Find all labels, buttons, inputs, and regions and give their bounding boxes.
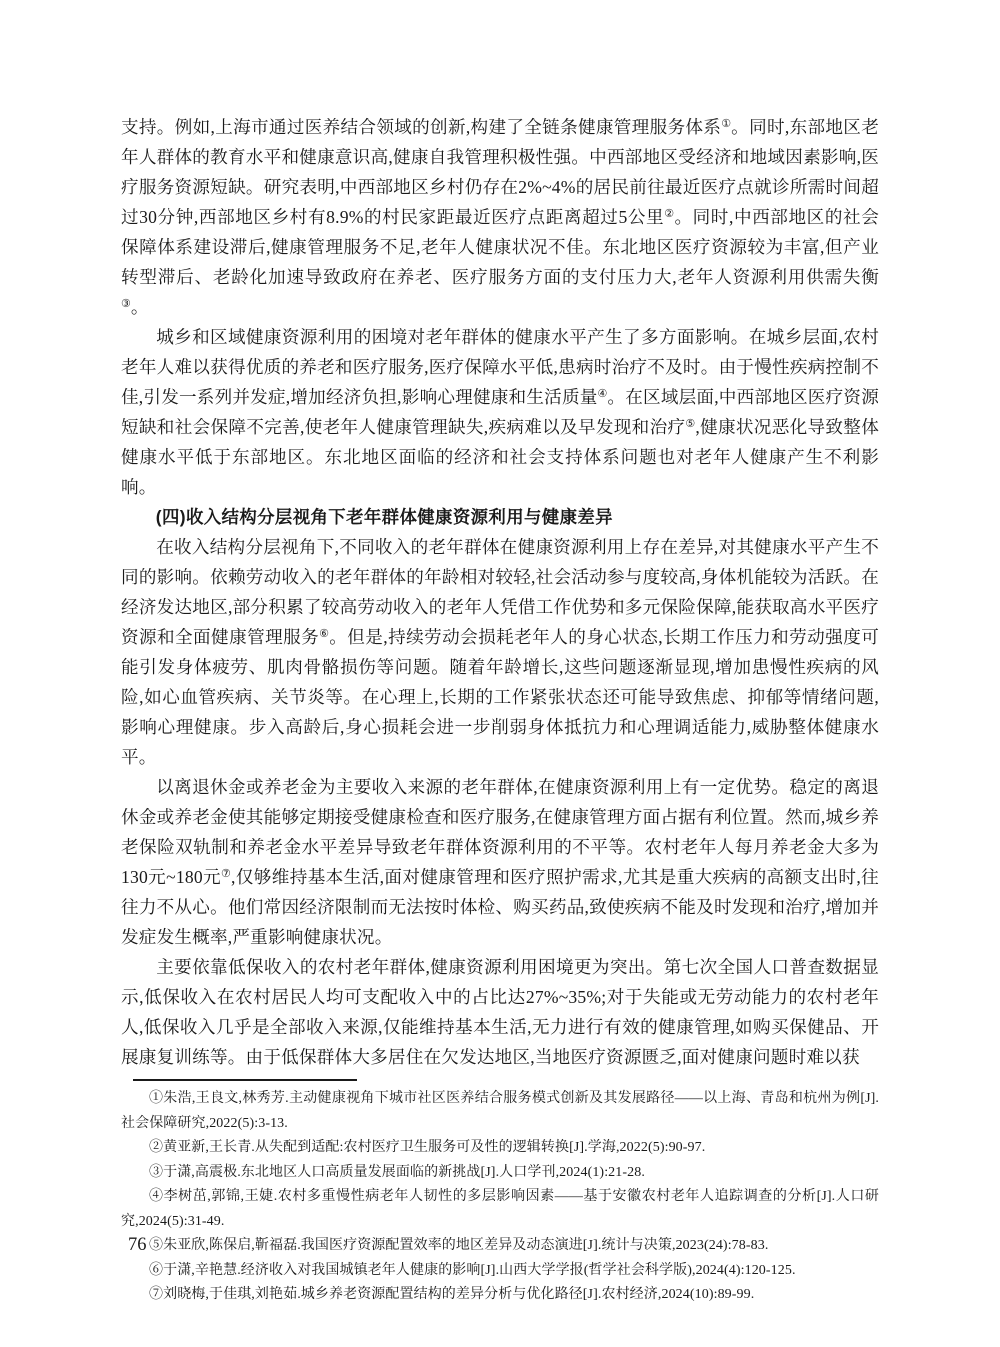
text-run: 。 xyxy=(131,297,149,317)
footnotes-section: ①朱浩,王良文,林秀芳.主动健康视角下城市社区医养结合服务模式创新及其发展路径—… xyxy=(121,1087,879,1308)
footnote-separator xyxy=(133,1079,357,1081)
footnote-marker: ③ xyxy=(121,298,131,310)
section-heading: (四)收入结构分层视角下老年群体健康资源利用与健康差异 xyxy=(121,502,879,532)
body-paragraph-1: 支持。例如,上海市通过医养结合领域的创新,构建了全链条健康管理服务体系①。同时,… xyxy=(121,112,879,322)
body-paragraph-2: 城乡和区域健康资源利用的困境对老年群体的健康水平产生了多方面影响。在城乡层面,农… xyxy=(121,322,879,502)
text-run: ,仅够维持基本生活,面对健康管理和医疗照护需求,尤其是重大疾病的高额支出时,往往… xyxy=(121,867,879,947)
footnote-marker: ④ xyxy=(598,388,608,400)
text-run: 主要依靠低保收入的农村老年群体,健康资源利用困境更为突出。第七次全国人口普查数据… xyxy=(121,957,879,1067)
footnote-1: ①朱浩,王良文,林秀芳.主动健康视角下城市社区医养结合服务模式创新及其发展路径—… xyxy=(121,1087,879,1136)
footnote-2: ②黄亚新,王长青.从失配到适配:农村医疗卫生服务可及性的逻辑转换[J].学海,2… xyxy=(121,1136,879,1161)
footnote-5: ⑤朱亚欣,陈保启,靳福磊.我国医疗资源配置效率的地区差异及动态演进[J].统计与… xyxy=(121,1234,879,1259)
footnote-marker: ⑥ xyxy=(319,628,329,640)
footnote-4: ④李树茁,郭锦,王婕.农村多重慢性病老年人韧性的多层影响因素——基于安徽农村老年… xyxy=(121,1185,879,1234)
footnote-3: ③于潇,高震极.东北地区人口高质量发展面临的新挑战[J].人口学刊,2024(1… xyxy=(121,1161,879,1186)
text-run: 支持。例如,上海市通过医养结合领域的创新,构建了全链条健康管理服务体系 xyxy=(121,117,721,137)
footnote-6: ⑥于潇,辛艳慧.经济收入对我国城镇老年人健康的影响[J].山西大学学报(哲学社会… xyxy=(121,1259,879,1284)
footnote-7: ⑦刘晓梅,于佳琪,刘艳茹.城乡养老资源配置结构的差异分析与优化路径[J].农村经… xyxy=(121,1283,879,1308)
text-block: 支持。例如,上海市通过医养结合领域的创新,构建了全链条健康管理服务体系①。同时,… xyxy=(121,112,879,1308)
footnote-marker: ① xyxy=(721,118,731,130)
footnote-marker: ② xyxy=(664,208,674,220)
footnote-marker: ⑤ xyxy=(685,418,695,430)
text-run: 。但是,持续劳动会损耗老年人的身心状态,长期工作压力和劳动强度可能引发身体疲劳、… xyxy=(121,627,879,767)
body-paragraph-4: 以离退休金或养老金为主要收入来源的老年群体,在健康资源利用上有一定优势。稳定的离… xyxy=(121,772,879,952)
footnote-marker: ⑦ xyxy=(221,868,231,880)
document-page: 支持。例如,上海市通过医养结合领域的创新,构建了全链条健康管理服务体系①。同时,… xyxy=(0,0,1000,1347)
body-paragraph-5: 主要依靠低保收入的农村老年群体,健康资源利用困境更为突出。第七次全国人口普查数据… xyxy=(121,952,879,1072)
page-number: 76 xyxy=(128,1231,147,1259)
body-paragraph-3: 在收入结构分层视角下,不同收入的老年群体在健康资源利用上存在差异,对其健康水平产… xyxy=(121,532,879,772)
